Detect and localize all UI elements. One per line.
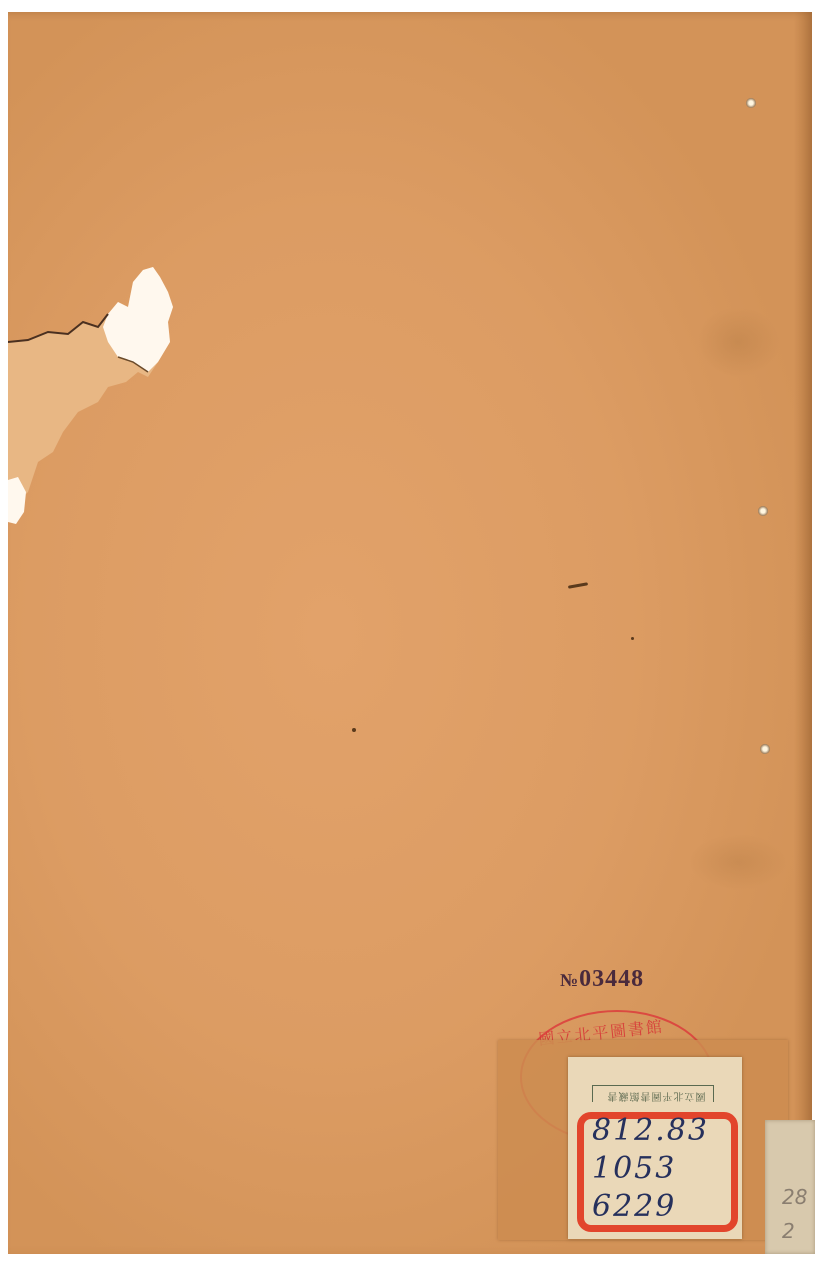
call-number-line: 812.83: [592, 1112, 709, 1150]
card-header-text: 國立北平圖書館藏書: [598, 1090, 714, 1105]
serial-number: №03448: [560, 966, 644, 993]
paper-speck: [631, 637, 634, 640]
binding-hole: [758, 506, 768, 516]
paper-speck: [352, 728, 356, 732]
call-number: 812.83 1053 6229: [592, 1112, 709, 1226]
serial-prefix: №: [560, 970, 579, 990]
call-number-line: 1053: [592, 1150, 709, 1188]
binding-hole: [746, 98, 756, 108]
torn-paper-damage: [8, 262, 188, 532]
pencil-mark: 2: [782, 1214, 807, 1248]
paper-speck: [568, 582, 588, 588]
serial-value: 03448: [579, 966, 644, 992]
call-number-line: 6229: [592, 1188, 709, 1226]
binding-hole: [760, 744, 770, 754]
paper-edge-shadow: [794, 12, 812, 1254]
pencil-mark: 28: [782, 1180, 807, 1214]
pencil-marks: 28 2: [782, 1180, 807, 1248]
